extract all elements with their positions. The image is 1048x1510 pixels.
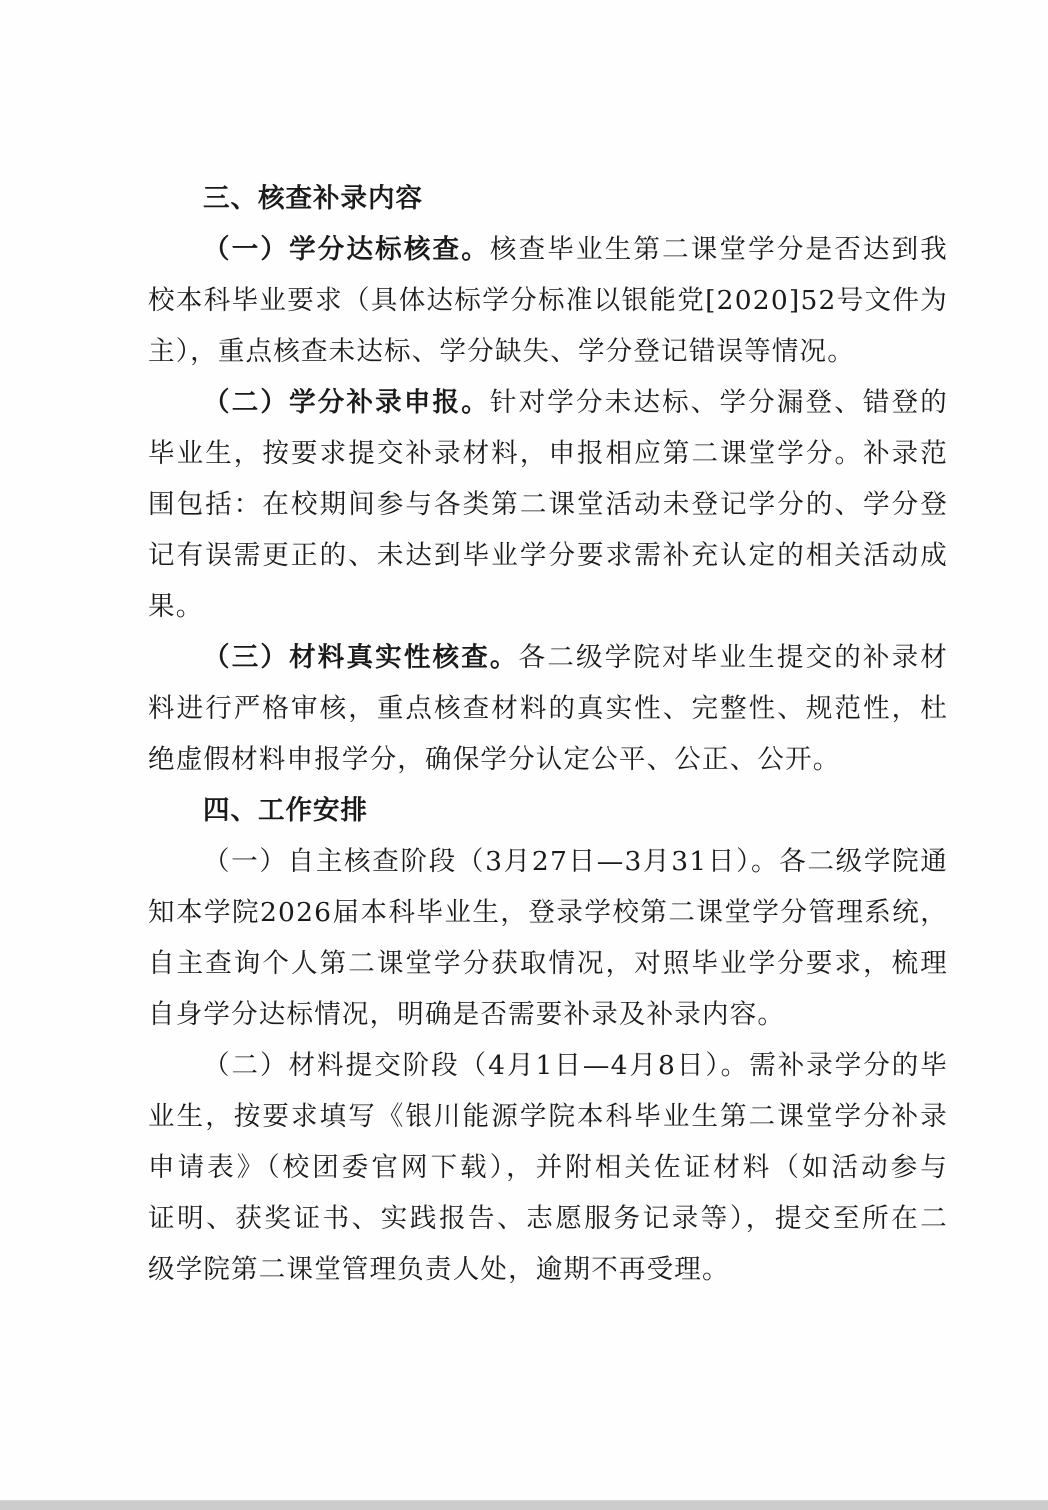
paragraph-line: 自身学分达标情况，明确是否需要补录及补录内容。 <box>148 994 948 1045</box>
paragraph-title: （一）学分达标核查。 <box>203 234 490 265</box>
paragraph-line: （二）材料提交阶段（4月1日—4月8日）。需补录学分的毕 <box>148 1045 948 1096</box>
paragraph-title: （一）自主核查阶段（3月27日—3月31日）。 <box>203 846 779 877</box>
paragraph-3-3: （三）材料真实性核查。各二级学院对毕业生提交的补录材 料进行严格审核，重点核查材… <box>148 637 948 790</box>
paragraph-line: 级学院第二课堂管理负责人处，逾期不再受理。 <box>148 1249 948 1300</box>
paragraph-line: 业生，按要求填写《银川能源学院本科毕业生第二课堂学分补录 <box>148 1096 948 1147</box>
paragraph-line: 果。 <box>148 586 948 637</box>
paragraph-line: 申请表》（校团委官网下载），并附相关佐证材料（如活动参与 <box>148 1147 948 1198</box>
document-page: 三、核查补录内容 （一）学分达标核查。核查毕业生第二课堂学分是否达到我 校本科毕… <box>0 0 1048 1500</box>
section-heading-4: 四、工作安排 <box>148 790 948 841</box>
paragraph-line: 证明、获奖证书、实践报告、志愿服务记录等），提交至所在二 <box>148 1198 948 1249</box>
paragraph-line: （二）学分补录申报。针对学分未达标、学分漏登、错登的 <box>148 382 948 433</box>
paragraph-line: 知本学院2026届本科毕业生，登录学校第二课堂学分管理系统， <box>148 892 948 943</box>
paragraph-line: （一）自主核查阶段（3月27日—3月31日）。各二级学院通 <box>148 841 948 892</box>
paragraph-line: 料进行严格审核，重点核查材料的真实性、完整性、规范性，杜 <box>148 688 948 739</box>
paragraph-4-1: （一）自主核查阶段（3月27日—3月31日）。各二级学院通 知本学院2026届本… <box>148 841 948 1045</box>
paragraph-line: 自主查询个人第二课堂学分获取情况，对照毕业学分要求，梳理 <box>148 943 948 994</box>
paragraph-line: 校本科毕业要求（具体达标学分标准以银能党[2020]52号文件为 <box>148 280 948 331</box>
paragraph-title: （三）材料真实性核查。 <box>203 642 519 673</box>
paragraph-title: （二）材料提交阶段（4月1日—4月8日）。 <box>203 1050 749 1081</box>
page-bottom-edge <box>0 1500 1048 1510</box>
paragraph-title: （二）学分补录申报。 <box>203 387 490 418</box>
paragraph-line: 围包括：在校期间参与各类第二课堂活动未登记学分的、学分登 <box>148 484 948 535</box>
paragraph-3-2: （二）学分补录申报。针对学分未达标、学分漏登、错登的 毕业生，按要求提交补录材料… <box>148 382 948 637</box>
section-heading-3: 三、核查补录内容 <box>148 178 948 229</box>
paragraph-line: 记有误需更正的、未达到毕业学分要求需补充认定的相关活动成 <box>148 535 948 586</box>
paragraph-line: 主），重点核查未达标、学分缺失、学分登记错误等情况。 <box>148 331 948 382</box>
paragraph-line: 绝虚假材料申报学分，确保学分认定公平、公正、公开。 <box>148 739 948 790</box>
paragraph-line: 毕业生，按要求提交补录材料，申报相应第二课堂学分。补录范 <box>148 433 948 484</box>
document-body: 三、核查补录内容 （一）学分达标核查。核查毕业生第二课堂学分是否达到我 校本科毕… <box>148 178 948 1300</box>
paragraph-3-1: （一）学分达标核查。核查毕业生第二课堂学分是否达到我 校本科毕业要求（具体达标学… <box>148 229 948 382</box>
paragraph-line: （一）学分达标核查。核查毕业生第二课堂学分是否达到我 <box>148 229 948 280</box>
paragraph-line: （三）材料真实性核查。各二级学院对毕业生提交的补录材 <box>148 637 948 688</box>
paragraph-4-2: （二）材料提交阶段（4月1日—4月8日）。需补录学分的毕 业生，按要求填写《银川… <box>148 1045 948 1300</box>
